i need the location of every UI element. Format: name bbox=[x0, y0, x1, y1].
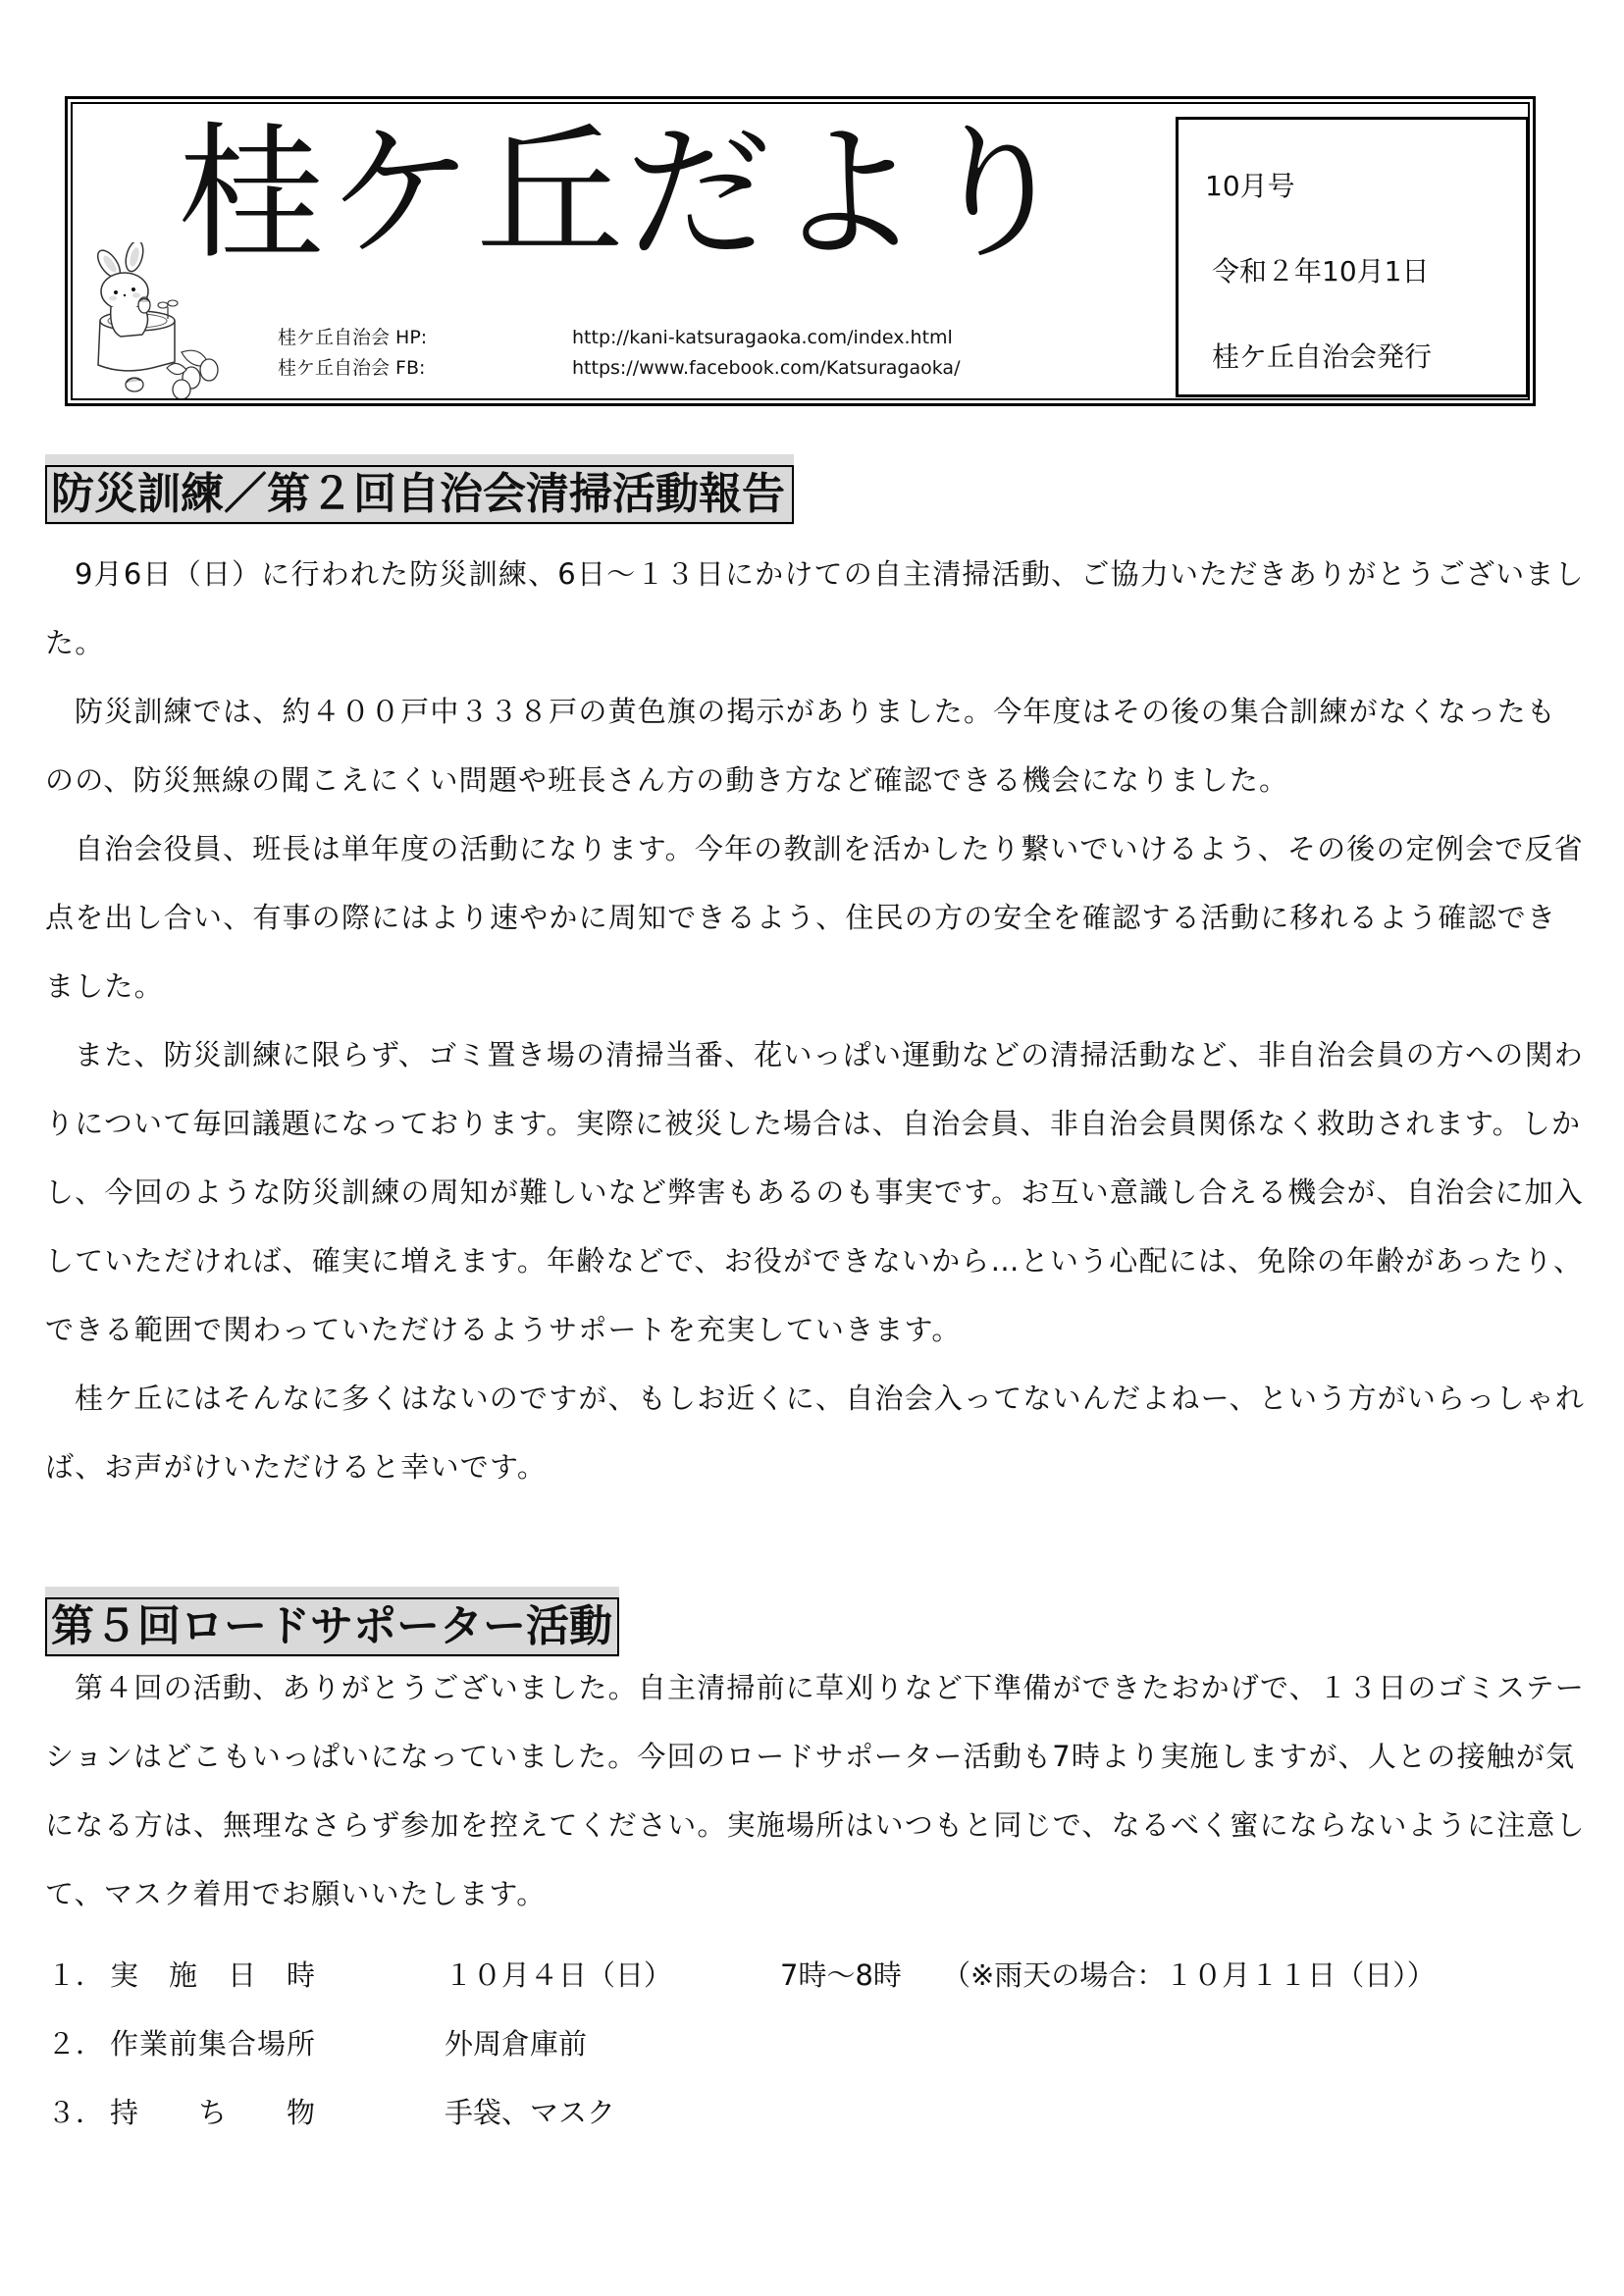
detail-number: １． bbox=[47, 1941, 104, 2009]
section-heading-disaster-drill: 防災訓練／第２回自治会清掃活動報告 bbox=[45, 465, 794, 524]
section-heading-road-supporter: 第５回ロードサポーター活動 bbox=[45, 1597, 619, 1656]
facebook-label: 桂ケ丘自治会 FB: bbox=[278, 353, 572, 384]
paragraph: 桂ケ丘にはそんなに多くはないのですが、もしお近くに、自治会入ってないんだよねー、… bbox=[45, 1364, 1586, 1501]
links-block: 桂ケ丘自治会 HP: http://kani-katsuragaoka.com/… bbox=[278, 323, 960, 384]
paragraph: また、防災訓練に限らず、ゴミ置き場の清掃当番、花いっぱい運動などの清掃活動など、… bbox=[45, 1020, 1586, 1364]
detail-label: 作業前集合場所 bbox=[110, 2009, 316, 2078]
detail-label: 持 ち 物 bbox=[110, 2078, 316, 2147]
detail-number: ３． bbox=[47, 2078, 104, 2147]
section-body-road-supporter: 第４回の活動、ありがとうございました。自主清掃前に草刈りなど下準備ができたおかげ… bbox=[45, 1653, 1586, 1928]
detail-number: ２． bbox=[47, 2009, 104, 2078]
homepage-label: 桂ケ丘自治会 HP: bbox=[278, 323, 572, 353]
detail-label: 実 施 日 時 bbox=[110, 1941, 316, 2009]
section-body-disaster-drill: 9月6日（日）に行われた防災訓練、6日～１３日にかけての自主清掃活動、ご協力いた… bbox=[45, 540, 1586, 1501]
issue-date: 令和２年10月1日 bbox=[1212, 250, 1429, 289]
detail-value: 外周倉庫前 bbox=[445, 2009, 587, 2078]
issue-number: 10月号 bbox=[1205, 165, 1295, 204]
masthead: 桂ケ丘だより 桂ケ丘自治会 bbox=[65, 96, 1536, 406]
paragraph: 自治会役員、班長は単年度の活動になります。今年の教訓を活かしたり繋いでいけるよう… bbox=[45, 814, 1586, 1020]
paragraph: 第４回の活動、ありがとうございました。自主清掃前に草刈りなど下準備ができたおかげ… bbox=[45, 1653, 1586, 1928]
paragraph: 9月6日（日）に行われた防災訓練、6日～１３日にかけての自主清掃活動、ご協力いた… bbox=[45, 540, 1586, 677]
facebook-link[interactable]: https://www.facebook.com/Katsuragaoka/ bbox=[572, 353, 960, 384]
detail-rain-note: （※雨天の場合：１０月１１日（日）） bbox=[942, 1941, 1436, 2009]
paragraph: 防災訓練では、約４００戸中３３８戸の黄色旗の掲示がありました。今年度はその後の集… bbox=[45, 677, 1586, 814]
detail-time: 7時～8時 bbox=[780, 1941, 902, 2009]
detail-value: １０月４日（日） bbox=[445, 1941, 672, 2009]
newsletter-title: 桂ケ丘だより bbox=[178, 111, 1073, 278]
rabbit-mascot-icon bbox=[83, 242, 231, 399]
detail-value: 手袋、マスク bbox=[445, 2078, 615, 2147]
facebook-link-row: 桂ケ丘自治会 FB: https://www.facebook.com/Kats… bbox=[278, 353, 960, 384]
homepage-link[interactable]: http://kani-katsuragaoka.com/index.html bbox=[572, 323, 953, 353]
issue-publisher: 桂ケ丘自治会発行 bbox=[1212, 336, 1432, 375]
homepage-link-row: 桂ケ丘自治会 HP: http://kani-katsuragaoka.com/… bbox=[278, 323, 960, 353]
issue-info-box: 10月号 令和２年10月1日 桂ケ丘自治会発行 bbox=[1176, 117, 1529, 397]
